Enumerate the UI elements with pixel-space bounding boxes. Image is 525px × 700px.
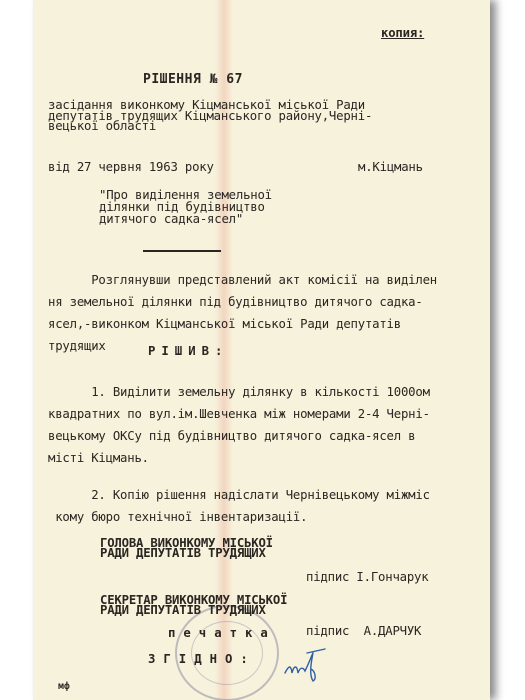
document-title: РІШЕННЯ № 67 <box>143 74 243 86</box>
intro-paragraph: Розглянувши представлений акт комісії на… <box>48 269 437 357</box>
chairman-title: ГОЛОВА ВИКОНКОМУ МІСЬКОЇ РАДИ ДЕПУТАТІВ … <box>100 538 273 558</box>
chairman-signature: підпис І.Гончарук <box>306 571 428 583</box>
document-subject: "Про виділення земельної ділянки під буд… <box>99 189 272 225</box>
resolved-heading: РІШИВ: <box>148 345 228 357</box>
document-place: м.Кіцмань <box>358 161 423 173</box>
session-heading: засідання виконкому Кіцманської міської … <box>48 100 372 132</box>
document-page: копия: РІШЕННЯ № 67 засідання виконкому … <box>33 0 490 700</box>
document-date: від 27 червня 1963 року <box>48 161 214 173</box>
copy-mark: копия: <box>381 27 424 39</box>
divider <box>143 250 221 252</box>
secretary-signature: підпис А.ДАРЧУК <box>306 625 421 637</box>
typist-initials: мф <box>58 681 70 693</box>
secretary-title: СЕКРЕТАР ВИКОНКОМУ МІСЬКОЇ РАДИ ДЕПУТАТІ… <box>100 595 287 615</box>
stamp-label: печатка <box>168 627 276 639</box>
handwritten-signature-icon <box>283 647 329 683</box>
agreed-label: ЗГІДНО: <box>148 653 256 665</box>
resolution-item-1: 1. Виділити земельну ділянку в кількості… <box>48 381 430 469</box>
resolution-item-2: 2. Копію рішення надіслати Чернівецькому… <box>48 484 430 528</box>
